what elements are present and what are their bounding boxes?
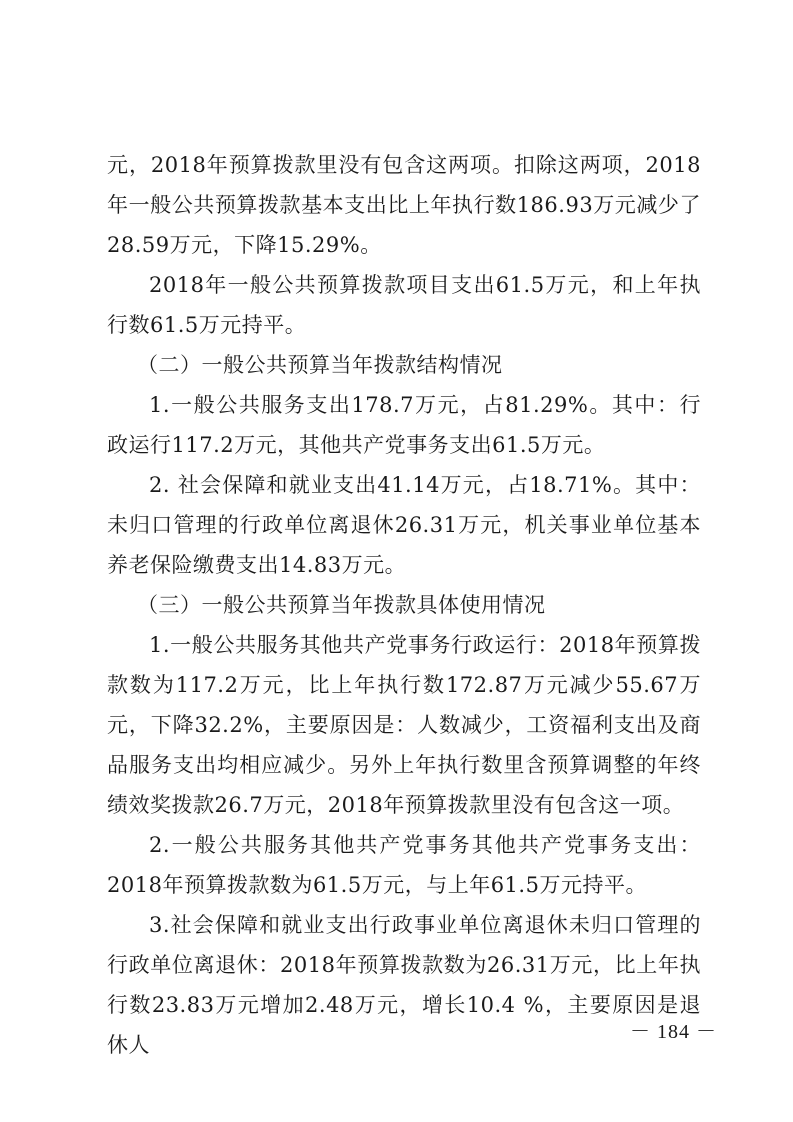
paragraph-public-services: 1.一般公共服务支出178.7万元，占81.29%。其中：行政运行117.2万元… [107,385,701,465]
document-body: 元，2018年预算拨款里没有包含这两项。扣除这两项，2018年一般公共预算拨款基… [107,145,701,1065]
paragraph-project-expenditure: 2018年一般公共预算拨款项目支出61.5万元，和上年执行数61.5万元持平。 [107,265,701,345]
section-heading-usage: （三）一般公共预算当年拨款具体使用情况 [107,585,701,625]
paragraph-social-security: 2. 社会保障和就业支出41.14万元，占18.71%。其中：未归口管理的行政单… [107,465,701,585]
paragraph-usage-1: 1.一般公共服务其他共产党事务行政运行：2018年预算拨款数为117.2万元，比… [107,625,701,825]
paragraph-continuation: 元，2018年预算拨款里没有包含这两项。扣除这两项，2018年一般公共预算拨款基… [107,145,701,265]
page-number: － 184 － [630,1015,717,1044]
paragraph-usage-2: 2.一般公共服务其他共产党事务其他共产党事务支出：2018年预算拨款数为61.5… [107,825,701,905]
section-heading-structure: （二）一般公共预算当年拨款结构情况 [107,345,701,385]
paragraph-usage-3: 3.社会保障和就业支出行政事业单位离退休未归口管理的行政单位离退休：2018年预… [107,905,701,1065]
